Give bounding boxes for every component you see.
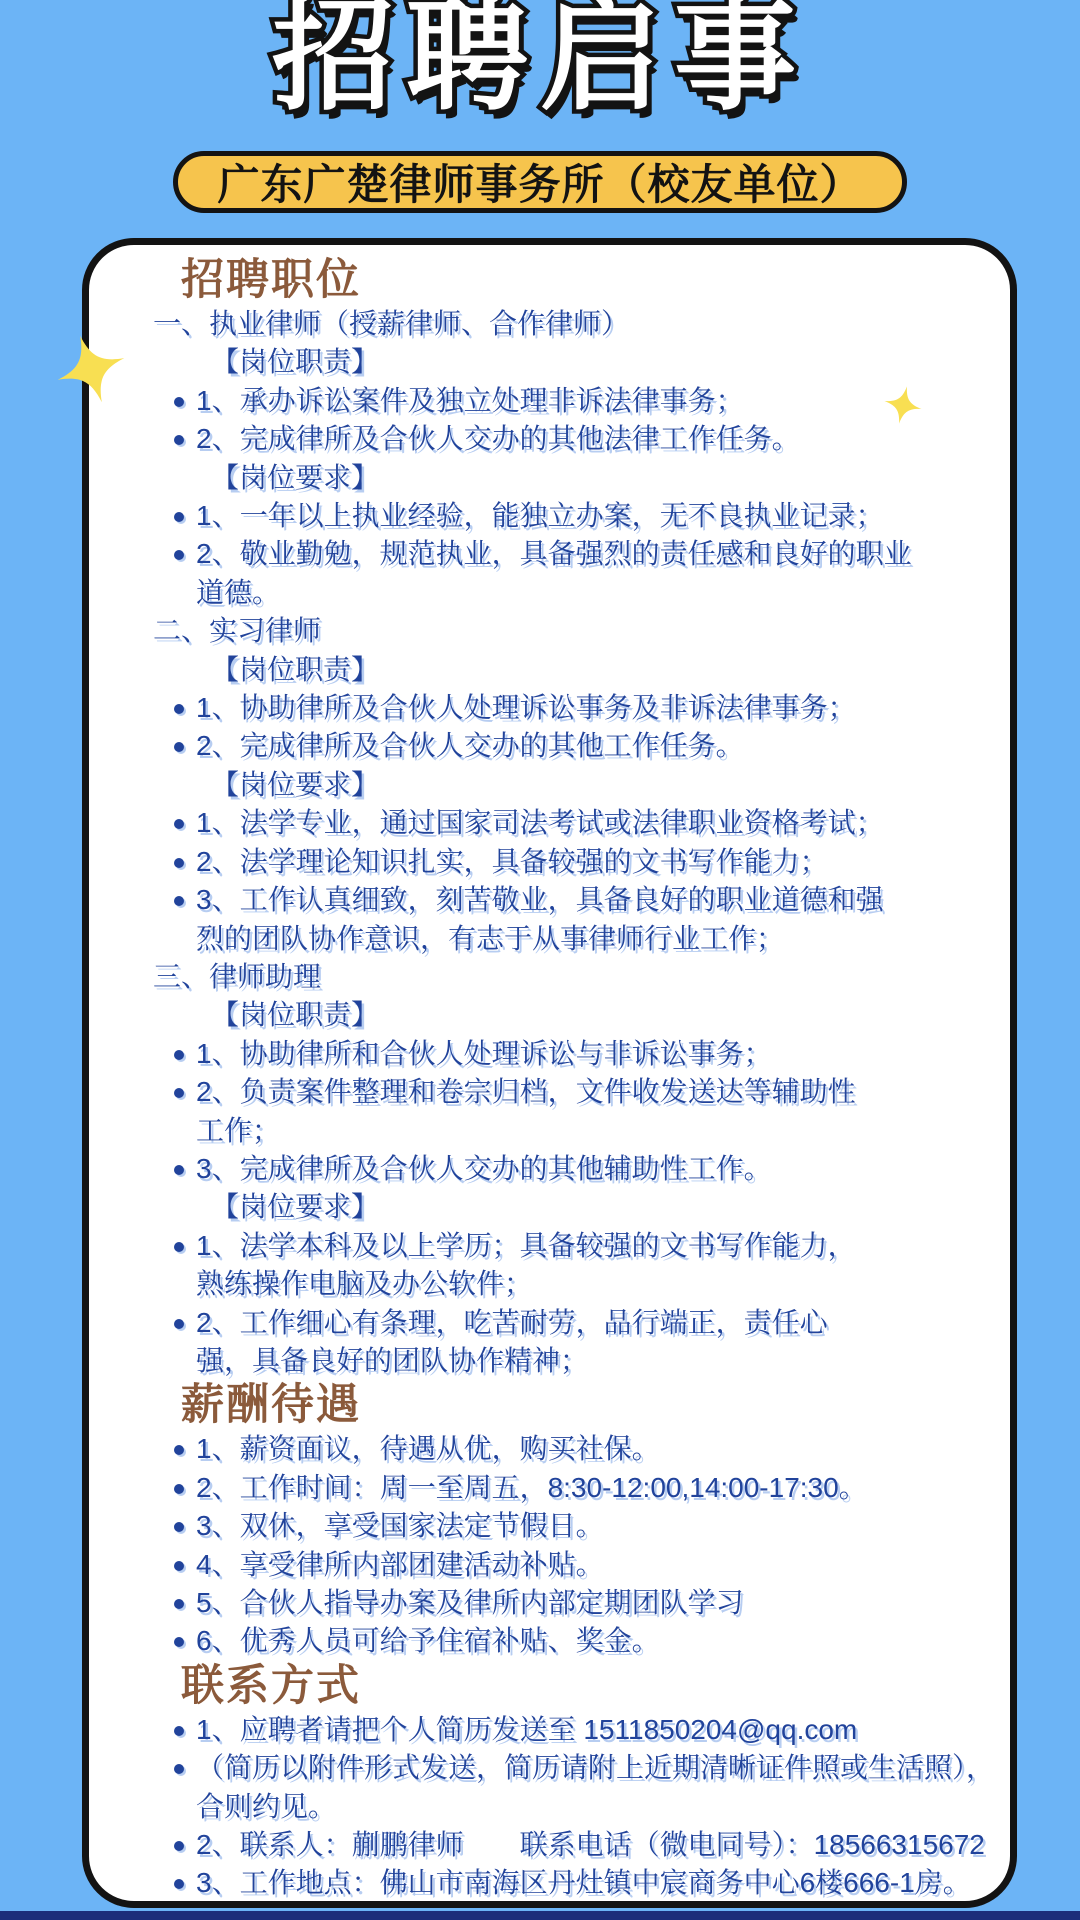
bullet-dot xyxy=(174,704,184,714)
bullet-dot xyxy=(174,858,184,868)
list-item-text: 1、承办诉讼案件及独立处理非诉法律事务； xyxy=(196,385,744,416)
section-heading-salary: 薪酬待遇 xyxy=(181,1380,1010,1430)
subsection-label: 【岗位职责】 xyxy=(211,651,1010,689)
list-item: 2、完成律所及合伙人交办的其他工作任务。 xyxy=(196,727,1010,765)
list-item-continuation: 熟练操作电脑及办公软件； xyxy=(196,1265,1010,1303)
list-item-text: 2、工作细心有条理，吃苦耐劳，品行端正，责任心 xyxy=(196,1307,828,1338)
list-item: 1、薪资面议，待遇从优，购买社保。 xyxy=(196,1430,1010,1468)
list-item-continuation: 强，具备良好的团队协作精神； xyxy=(196,1342,1010,1380)
list-item: 2、负责案件整理和卷宗归档，文件收发送达等辅助性 xyxy=(196,1073,1010,1111)
list-item: 3、工作认真细致，刻苦敬业，具备良好的职业道德和强 xyxy=(196,881,1010,919)
list-item: 3、工作地点：佛山市南海区丹灶镇中宸商务中心6楼666-1房。 xyxy=(196,1864,1010,1902)
list-item-text: 1、协助律所及合伙人处理诉讼事务及非诉法律事务； xyxy=(196,692,856,723)
bullet-dot xyxy=(174,1522,184,1532)
bullet-dot xyxy=(174,1599,184,1609)
bullet-dot xyxy=(174,512,184,522)
bullet-dot xyxy=(174,1319,184,1329)
bullet-dot xyxy=(174,550,184,560)
list-item: 5、合伙人指导办案及律所内部定期团队学习 xyxy=(196,1584,1010,1622)
list-item: 6、优秀人员可给予住宿补贴、奖金。 xyxy=(196,1622,1010,1660)
list-item: 1、法学专业，通过国家司法考试或法律职业资格考试； xyxy=(196,804,1010,842)
bullet-dot xyxy=(174,1165,184,1175)
bullet-dot xyxy=(174,1637,184,1647)
list-item: 1、协助律所和合伙人处理诉讼与非诉讼事务； xyxy=(196,1035,1010,1073)
job-title-line: 二、实习律师 xyxy=(153,612,1010,650)
bullet-dot xyxy=(174,896,184,906)
list-item: 3、完成律所及合伙人交办的其他辅助性工作。 xyxy=(196,1150,1010,1188)
bullet-dot xyxy=(174,1484,184,1494)
subsection-label: 【岗位职责】 xyxy=(211,343,1010,381)
company-name: 广东广楚律师事务所（校友单位） xyxy=(217,152,862,212)
work-address-line: 3、工作地点：佛山市南海区丹灶镇中宸商务中心6楼666-1房。 xyxy=(196,1867,971,1898)
bullet-dot xyxy=(174,819,184,829)
list-item-continuation: 工作； xyxy=(196,1112,1010,1150)
bullet-dot xyxy=(174,397,184,407)
list-item-text: 1、法学本科及以上学历；具备较强的文书写作能力， xyxy=(196,1230,856,1261)
subsection-label: 【岗位要求】 xyxy=(211,766,1010,804)
list-item-continuation: 合则约见。 xyxy=(196,1788,1010,1826)
job-title-line: 一、执业律师（授薪律师、合作律师） xyxy=(153,305,1010,343)
list-item-text: 6、优秀人员可给予住宿补贴、奖金。 xyxy=(196,1625,660,1656)
bullet-dot xyxy=(174,742,184,752)
contact-phone-line: 2、联系人：蒯鹏律师 联系电话（微电同号）：18566315672 xyxy=(196,1829,985,1860)
list-item: 2、法学理论知识扎实，具备较强的文书写作能力； xyxy=(196,843,1010,881)
subsection-label: 【岗位要求】 xyxy=(211,1188,1010,1226)
list-item-text: 2、完成律所及合伙人交办的其他法律工作任务。 xyxy=(196,423,800,454)
list-item: 3、双休，享受国家法定节假日。 xyxy=(196,1507,1010,1545)
list-item: 4、享受律所内部团建活动补贴。 xyxy=(196,1546,1010,1584)
section-heading-positions: 招聘职位 xyxy=(181,255,1010,305)
list-item-continuation: 烈的团队协作意识，有志于从事律师行业工作； xyxy=(196,920,1010,958)
bullet-dot xyxy=(174,1088,184,1098)
bullet-dot xyxy=(174,1242,184,1252)
bullet-dot xyxy=(174,1561,184,1571)
poster-title: 招聘启事 xyxy=(0,0,1080,126)
company-banner: 广东广楚律师事务所（校友单位） xyxy=(173,151,907,213)
list-item-text: （简历以附件形式发送，简历请附上近期清晰证件照或生活照）， xyxy=(196,1752,994,1783)
list-item-text: 1、法学专业，通过国家司法考试或法律职业资格考试； xyxy=(196,807,884,838)
list-item: 1、协助律所及合伙人处理诉讼事务及非诉法律事务； xyxy=(196,689,1010,727)
list-item: 2、工作时间：周一至周五，8:30-12:00,14:00-17:30。 xyxy=(196,1469,1010,1507)
list-item: 1、一年以上执业经验，能独立办案，无不良执业记录； xyxy=(196,497,1010,535)
list-item-text: 3、完成律所及合伙人交办的其他辅助性工作。 xyxy=(196,1153,772,1184)
section-heading-contact: 联系方式 xyxy=(181,1661,1010,1711)
list-item-text: 5、合伙人指导办案及律所内部定期团队学习 xyxy=(196,1587,744,1618)
list-item-text: 1、薪资面议，待遇从优，购买社保。 xyxy=(196,1433,660,1464)
list-item-text: 1、一年以上执业经验，能独立办案，无不良执业记录； xyxy=(196,500,884,531)
list-item-text: 2、敬业勤勉，规范执业，具备强烈的责任感和良好的职业 xyxy=(196,538,912,569)
list-item: 1、法学本科及以上学历；具备较强的文书写作能力， xyxy=(196,1227,1010,1265)
list-item-text: 3、双休，享受国家法定节假日。 xyxy=(196,1510,604,1541)
list-item-continuation: 道德。 xyxy=(196,574,1010,612)
bullet-dot xyxy=(174,1726,184,1736)
bottom-bar xyxy=(0,1911,1080,1920)
list-item-text: 4、享受律所内部团建活动补贴。 xyxy=(196,1549,604,1580)
list-item-text: 2、负责案件整理和卷宗归档，文件收发送达等辅助性 xyxy=(196,1076,856,1107)
content-card: 招聘职位 一、执业律师（授薪律师、合作律师） 【岗位职责】 1、承办诉讼案件及独… xyxy=(82,238,1017,1908)
job-title-line: 三、律师助理 xyxy=(153,958,1010,996)
bullet-dot xyxy=(174,1050,184,1060)
bullet-dot xyxy=(174,1764,184,1774)
list-item: （简历以附件形式发送，简历请附上近期清晰证件照或生活照）， xyxy=(196,1749,1010,1787)
bullet-dot xyxy=(174,1879,184,1889)
recruitment-poster: 招聘启事 广东广楚律师事务所（校友单位） 招聘职位 一、执业律师（授薪律师、合作… xyxy=(0,0,1080,1920)
contact-email-line: 1、应聘者请把个人简历发送至 1511850204@qq.com xyxy=(196,1714,857,1745)
subsection-label: 【岗位要求】 xyxy=(211,459,1010,497)
list-item: 2、联系人：蒯鹏律师 联系电话（微电同号）：18566315672 xyxy=(196,1826,1010,1864)
bullet-dot xyxy=(174,435,184,445)
list-item-text: 2、法学理论知识扎实，具备较强的文书写作能力； xyxy=(196,846,828,877)
bullet-dot xyxy=(174,1445,184,1455)
bullet-dot xyxy=(174,1841,184,1851)
subsection-label: 【岗位职责】 xyxy=(211,996,1010,1034)
list-item: 2、完成律所及合伙人交办的其他法律工作任务。 xyxy=(196,420,1010,458)
list-item: 2、敬业勤勉，规范执业，具备强烈的责任感和良好的职业 xyxy=(196,535,1010,573)
list-item: 1、应聘者请把个人简历发送至 1511850204@qq.com xyxy=(196,1711,1010,1749)
sparkle-star-icon xyxy=(880,382,925,427)
list-item-text: 1、协助律所和合伙人处理诉讼与非诉讼事务； xyxy=(196,1038,772,1069)
list-item-text: 3、工作认真细致，刻苦敬业，具备良好的职业道德和强 xyxy=(196,884,884,915)
list-item-text: 2、完成律所及合伙人交办的其他工作任务。 xyxy=(196,730,744,761)
list-item: 2、工作细心有条理，吃苦耐劳，品行端正，责任心 xyxy=(196,1304,1010,1342)
list-item-text: 2、工作时间：周一至周五，8:30-12:00,14:00-17:30。 xyxy=(196,1472,867,1503)
